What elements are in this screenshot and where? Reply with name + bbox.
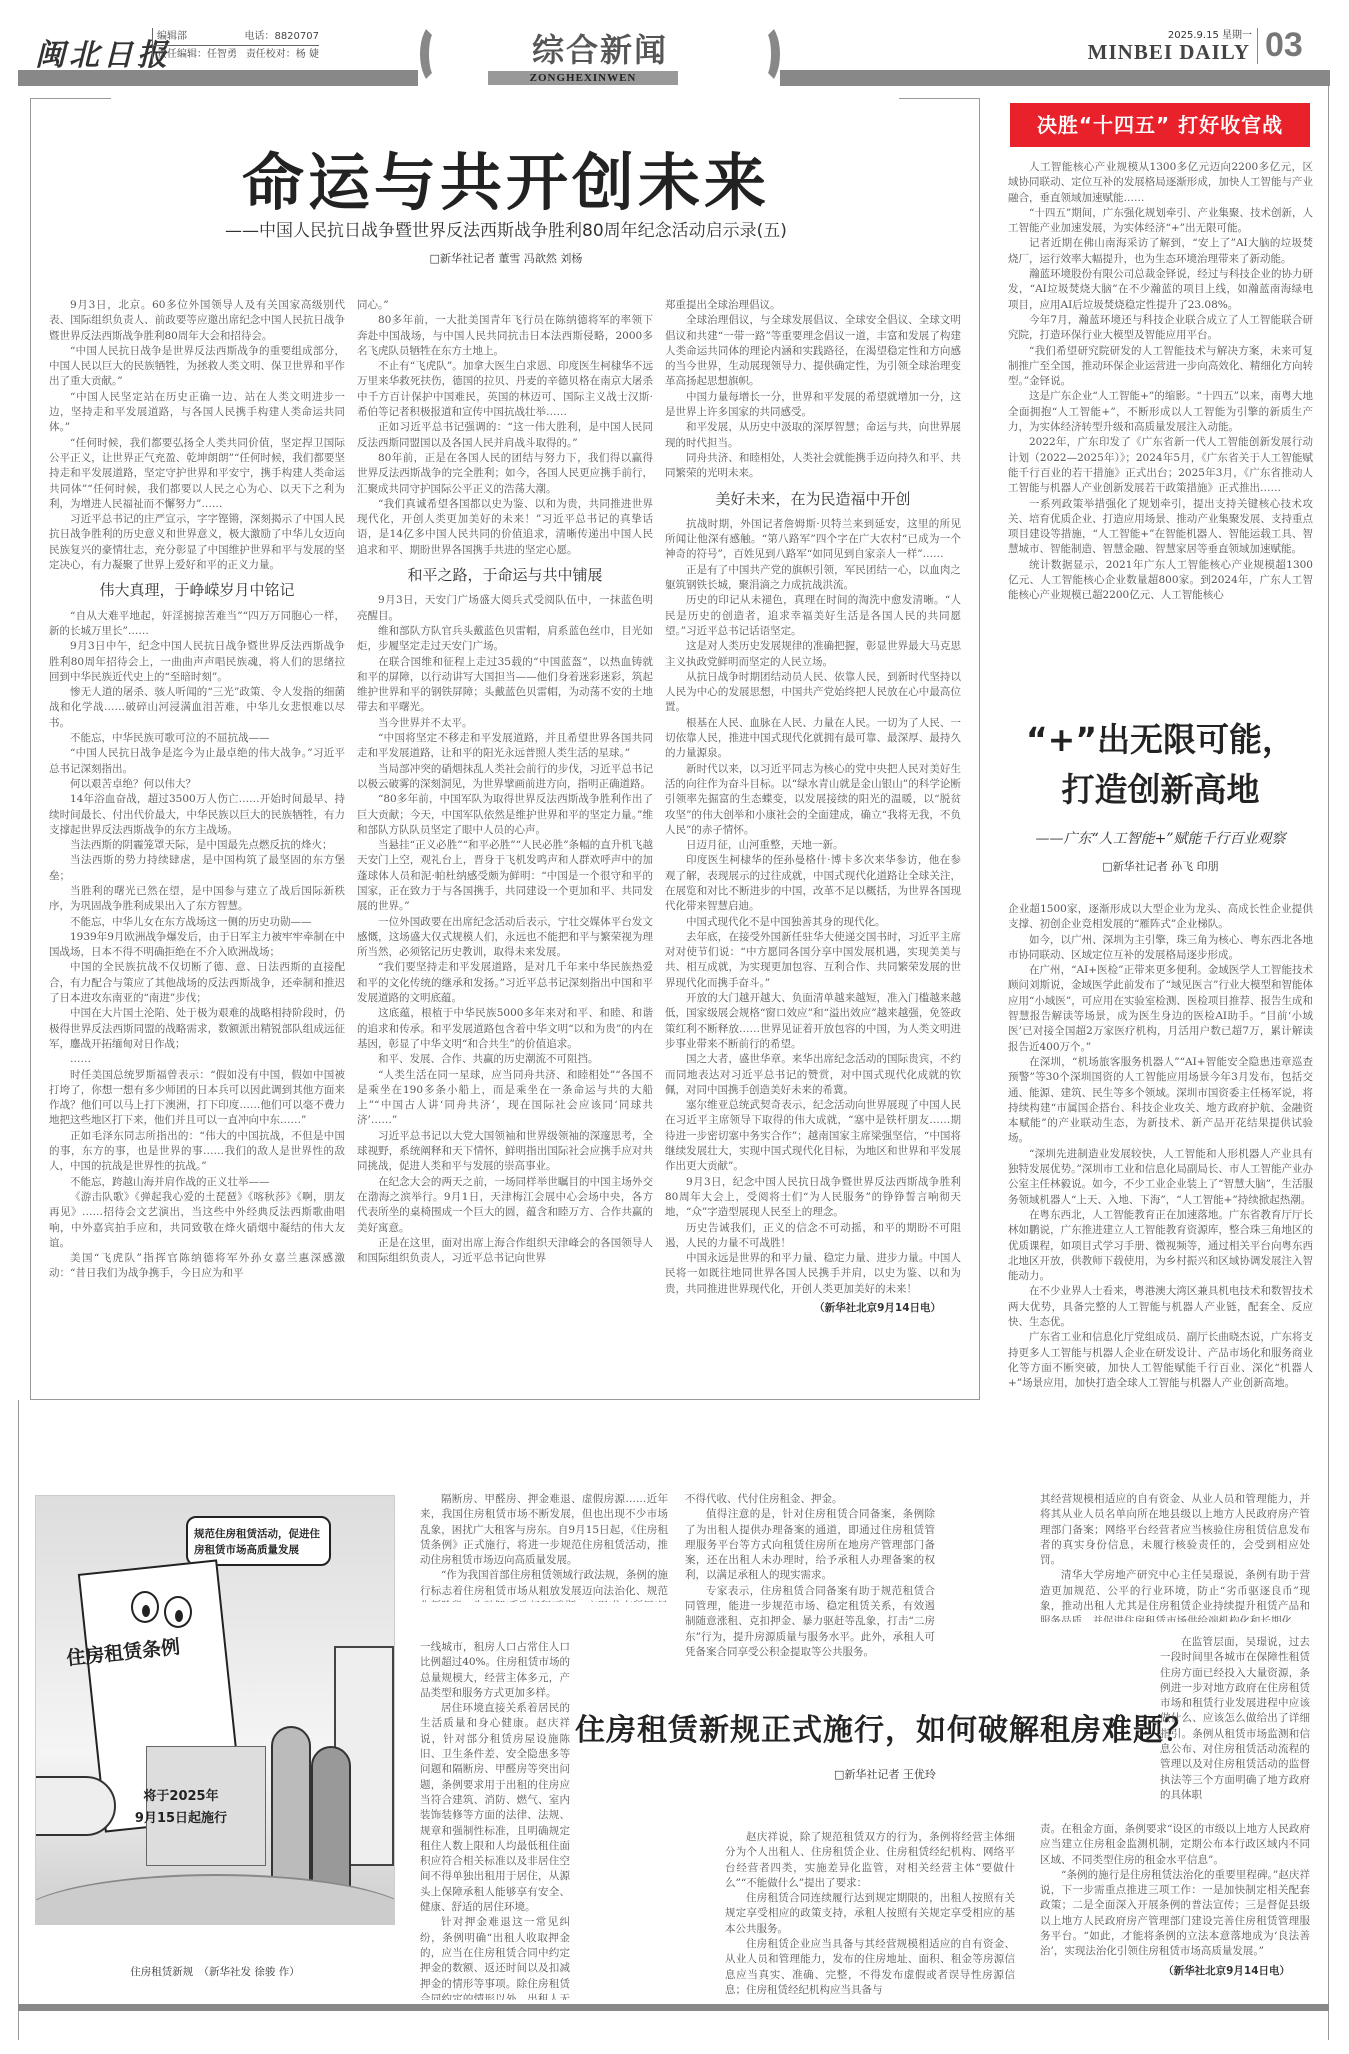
bottom-article-byline: □新华社记者 王优玲 <box>575 1766 1195 1782</box>
title-line: “+”出无限可能， <box>1008 715 1313 765</box>
paragraph: 开放的大门越开越大、负面清单越来越短，准入门槛越来越低，国家级展会规格“窗口效应… <box>665 991 961 1052</box>
paragraph: 隔断房、甲醛房、押金难退、虚假房源……近年来，我国住房租赁市场不断发展，但也出现… <box>420 1492 668 1568</box>
header-rule-left <box>18 70 418 86</box>
paragraph: 一线城市，租房人口占常住人口比例超过40%。住房租赁市场的总量规模大，经营主体多… <box>420 1640 570 1701</box>
paragraph: 广东省工业和信息化厅党组成员、副厅长曲晓杰说，广东将支持更多人工智能与机器人企业… <box>1008 1330 1313 1391</box>
paragraph: 中国永远是世界的和平力量、稳定力量、进步力量。中国人民将一如既往地同世界各国人民… <box>665 1251 961 1297</box>
newspaper-logo: 闽北日报 <box>35 30 171 74</box>
paragraph: “人类生活在同一星球，应当同舟共济、和睦相处”“各国不是乘坐在190多条小船上，… <box>357 1068 653 1129</box>
cartoon-caption: 住房租赁新规 （新华社发 徐骏 作） <box>35 1964 395 1979</box>
paragraph: “中国人民抗日战争是迄今为止最卓绝的伟大战争。”习近平总书记深刻指出。 <box>49 746 345 777</box>
phone-number: 电话：8820707 <box>244 28 319 45</box>
paragraph: 人工智能核心产业规模从1300多亿元迈向2200多亿元，区域协同联动、定位互补的… <box>1008 160 1313 206</box>
paragraph: 责。在租金方面，条例要求“设区的市级以上地方人民政府应当建立住房租金监测机制，定… <box>1040 1822 1310 1868</box>
editorial-info: 编辑部 电话：8820707 责任编辑：任智勇 责任校对：杨 婕 <box>152 28 318 64</box>
paragraph: 其经营规模相适应的自有资金、从业人员和管理能力，并将其从业人员名单向所在地县级以… <box>1040 1492 1310 1568</box>
paragraph: “作为我国首部住房租赁领域行政法规，条例的施行标志着住房租赁市场从粗放发展迈向法… <box>420 1568 668 1602</box>
article-dateline: （新华社北京9月14日电） <box>665 1301 961 1316</box>
right-article-bottom: 企业超1500家，逐渐形成以大型企业为龙头、高成长性企业提供支撑、初创企业竞相发… <box>1008 902 1313 1397</box>
book-date-line: 9月15日起施行 <box>126 1808 236 1830</box>
paragraph: 中国式现代化不是中国独善其身的现代化。 <box>665 915 961 930</box>
bottom-column-1-narrow: 一线城市，租房人口占常住人口比例超过40%。住房租赁市场的总量规模大，经营主体多… <box>420 1640 570 2000</box>
paragraph: 专家表示，住房租赁合同备案有助于规范租赁合同管理，能进一步规范市场、稳定租赁关系… <box>685 1584 935 1660</box>
bottom-column-2-lower: 赵庆祥说，除了规范租赁双方的行为，条例将经营主体细分为个人出租人、住房租赁企业、… <box>725 1830 1015 2000</box>
paragraph: 值得注意的是，针对住房租赁合同备案，条例除了为出租人提供办理备案的通道，即通过住… <box>685 1507 935 1583</box>
paragraph: 历史告诫我们，正义的信念不可动摇，和平的期盼不可阻遏，人民的力量不可战胜！ <box>665 1221 961 1252</box>
paragraph: 塞尔维亚总统武契奇表示，纪念活动向世界展现了中国人民在习近平主席领导下取得的伟大… <box>665 1098 961 1174</box>
paragraph: 不止有“飞虎队”。加拿大医生白求恩、印度医生柯棣华不远万里来华救死扶伤，德国的拉… <box>357 359 653 420</box>
paragraph: 如今，以广州、深圳为主引擎，珠三角为核心、粤东西北各地市协同联动、区域定位互补的… <box>1008 933 1313 964</box>
paragraph: 去年底，在接受外国新任驻华大使递交国书时，习近平主席对对使节们说：“中方愿同各国… <box>665 930 961 991</box>
article-dateline: （新华社广州9月14日电） <box>1008 1396 1313 1398</box>
paragraph: 从抗日战争时期团结动员人民、依靠人民，到新时代坚持以人民为中心的发展思想，中国共… <box>665 670 961 716</box>
paragraph: …… <box>49 1052 345 1067</box>
proofreader: 责任校对：杨 婕 <box>246 46 319 64</box>
paragraph: “中国将坚定不移走和平发展道路，并且希望世界各国共同走和平发展道路，让和平的阳光… <box>357 731 653 762</box>
paragraph: 居住环境直接关系着居民的生活质量和身心健康。赵庆祥说，针对部分租赁房屋设施陈旧、… <box>420 1701 570 1915</box>
paragraph: 清华大学房地产研究中心主任吴璟说，条例有助于营造更加规范、公平的行业环境，防止“… <box>1040 1568 1310 1622</box>
paragraph: 中国在大片国土沦陷、处于极为艰难的战略相持阶段时，仍极得世界反法西斯同盟的战略需… <box>49 1006 345 1052</box>
hand-icon <box>35 1776 116 1836</box>
bottom-column-3-lower: 责。在租金方面，条例要求“设区的市级以上地方人民政府应当建立住房租金监测机制，定… <box>1040 1822 1310 2002</box>
right-article-top: 人工智能核心产业规模从1300多亿元迈向2200多亿元，区域协同联动、定位互补的… <box>1008 160 1313 708</box>
cartoon-illustration: 规范住房租赁活动，促进住房租赁市场高质量发展 住房租赁条例 将于2025年 9月… <box>35 1495 395 1925</box>
paragraph: “我们真诚希望各国都以史为鉴、以和为贵，共同推进世界现代化，开创人类更加美好的未… <box>357 497 653 558</box>
paragraph: 正是有了中国共产党的旗帜引领，军民团结一心，以血肉之躯筑钢铁长城，聚涓滴之力成抗… <box>665 563 961 594</box>
bracket-right-icon <box>750 23 780 85</box>
paragraph: 《游击队歌》《弹起我心爱的土琵琶》《喀秋莎》《啊，朋友再见》……招待会文艺演出，… <box>49 1190 345 1251</box>
main-article-subtitle: ——中国人民抗日战争暨世界反法西斯战争胜利80周年纪念活动启示录(五) <box>31 216 981 241</box>
paragraph: 惨无人道的屠杀、骇人听闻的“三光”政策、令人发指的细菌战和化学战……破碎山河浸满… <box>49 685 345 731</box>
paragraph: 历史的印记从未褪色，真理在时间的淘洗中愈发清晰。“人民是历史的创造者，追求幸福美… <box>665 593 961 639</box>
paragraph: 9月3日，北京。60多位外国领导人及有关国家高级别代表、国际组织负责人、前政要等… <box>49 298 345 344</box>
divider <box>1257 28 1258 64</box>
paragraph: 印度医生柯棣华的侄孙曼格什·博卡多次来华参访，他在参观了解，表现展示的过往成就，… <box>665 853 961 914</box>
paragraph: 赵庆祥说，除了规范租赁双方的行为，条例将经营主体细分为个人出租人、住房租赁企业、… <box>725 1830 1015 1891</box>
paragraph: 同心。” <box>357 298 653 313</box>
right-border <box>1328 86 1329 1406</box>
paragraph: 住房租赁企业应当具备与其经营规模相适应的自有资金、从业人员和管理能力，发布的住房… <box>725 1937 1015 1998</box>
paragraph: “中国人民坚定站在历史正确一边、站在人类文明进步一边，坚持走和平发展道路，与各国… <box>49 390 345 436</box>
paragraph: 2022年，广东印发了《广东省新一代人工智能创新发展行动计划（2022—2025… <box>1008 435 1313 496</box>
paragraph: 住房租赁合同连续履行达到规定期限的，出租人按照有关规定享受相应的政策支持，承租人… <box>725 1891 1015 1937</box>
section-header: 综合新闻 ZONGHEXINWEN <box>420 23 780 85</box>
bottom-column-3: 其经营规模相适应的自有资金、从业人员和管理能力，并将其从业人员名单向所在地县级以… <box>1040 1492 1310 1622</box>
responsible-editor: 责任编辑：任智勇 <box>157 46 237 64</box>
paragraph: 维和部队方队官兵头戴蓝色贝雷帽，肩系蓝色丝巾，目光如炬，步履坚定走过天安门广场。 <box>357 624 653 655</box>
paragraph: 不能忘，中华民族可歌可泣的不屈抗战—— <box>49 731 345 746</box>
bottom-column-1-top: 隔断房、甲醛房、押金难退、虚假房源……近年来，我国住房租赁市场不断发展，但也出现… <box>420 1492 668 1602</box>
paragraph: 和平发展，从历史中汲取的深厚智慧；命运与共，向世界展现的时代担当。 <box>665 420 961 451</box>
speech-bubble: 规范住房租赁活动，促进住房租赁市场高质量发展 <box>186 1516 331 1566</box>
paragraph: “深圳先进制造业发展较快，人工智能和人形机器人产业具有独特发展优势。”深圳市工业… <box>1008 1147 1313 1208</box>
paragraph: 当悬挂“正义必胜”“和平必胜”“人民必胜”条幅的直升机飞越天安门上空，观礼台上，… <box>357 838 653 914</box>
header-rule-right <box>780 70 1330 86</box>
paragraph: 美国“飞虎队”指挥官陈纳德将军外孙女嘉兰惠深感激动：“昔日我们为战争携手，今日应… <box>49 1251 345 1282</box>
page-number: 03 <box>1265 26 1303 65</box>
paragraph: 今年7月，瀚蓝环境还与科技企业联合成立了人工智能联合研究院，打造环保行业大模型及… <box>1008 313 1313 344</box>
paragraph: 80多年前，一大批美国青年飞行员在陈纳德将军的率领下奔赴中国战场，与中国人民共同… <box>357 313 653 359</box>
paragraph: 当法西斯的势力持续肆虐，是中国构筑了最坚固的东方堡垒； <box>49 853 345 884</box>
paragraph: 这是广东企业“人工智能+”的缩影。“十四五”以来，南粤大地全面拥抱“人工智能+”… <box>1008 389 1313 435</box>
paragraph: 在监管层面，吴璟说，过去一段时间里各城市在保障性租赁住房方面已经投入大量资源，条… <box>1160 1635 1310 1803</box>
bottom-article-title: 住房租赁新规正式施行，如何破解租房难题？ <box>575 1705 1195 1749</box>
paragraph: 当胜利的曙光已然在望，是中国参与建立了战后国际新秩序，为巩固战争胜利成果出入了东… <box>49 884 345 915</box>
paragraph: 国之大者，盛世华章。来华出席纪念活动的国际贵宾，不约而同地表达对习近平总书记的赞… <box>665 1052 961 1098</box>
main-article: 命运与共开创未来 ——中国人民抗日战争暨世界反法西斯战争胜利80周年纪念活动启示… <box>30 98 980 1400</box>
article-column-2: 同心。” 80多年前，一大批美国青年飞行员在陈纳德将军的率领下奔赴中国战场，与中… <box>357 298 653 1393</box>
paragraph: 当局部冲突的硝烟抹乱人类社会前行的步伐，习近平总书记以极云破雾的深刻洞见，为世界… <box>357 762 653 793</box>
right-article-byline: □新华社记者 孙飞 印朋 <box>1008 858 1313 874</box>
paragraph: 这底蕴，根植于中华民族5000多年来对和平、和睦、和谐的追求和传承。和平发展道路… <box>357 1006 653 1052</box>
paragraph: 9月3日中午，纪念中国人民抗日战争暨世界反法西斯战争胜利80周年招待会上，一曲曲… <box>49 639 345 685</box>
paragraph: 14年浴血奋战，超过3500万人伤亡……开始时间最早、持续时间最长、付出代价最大… <box>49 792 345 838</box>
paragraph: 新时代以来，以习近平同志为核心的党中央把人民对美好生活的向往作为奋斗目标。以“绿… <box>665 762 961 838</box>
paragraph: 时任美国总统罗斯福曾表示：“假如没有中国，假如中国被打垮了，你想一想有多少师团的… <box>49 1068 345 1129</box>
paragraph: “80多年前，中国军队为取得世界反法西斯战争胜利作出了巨大贡献；今天，中国军队依… <box>357 792 653 838</box>
paragraph: 当今世界并不太平。 <box>357 716 653 731</box>
paragraph: 这是对人类历史发展规律的准确把握，彰显世界最大马克思主义执政党鲜明而坚定的人民立… <box>665 639 961 670</box>
paragraph: 和平、发展、合作、共赢的历史潮流不可阻挡。 <box>357 1052 653 1067</box>
paragraph: 正如毛泽东同志所指出的：“伟大的中国抗战，不但是中国的事，东方的事，也是世界的事… <box>49 1129 345 1175</box>
paragraph: 在深圳，“机场旅客服务机器人”“AI+智能安全隐患违章巡查预警”等30个深圳国资… <box>1008 1055 1313 1147</box>
eye-icon <box>164 1596 192 1628</box>
paragraph: 中国的全民族抗战不仅切断了德、意、日法西斯的直接配合，有力配合与策应了其他战场的… <box>49 960 345 1006</box>
paragraph: 根基在人民、血脉在人民、力量在人民。一切为了人民、一切依靠人民，推进中国式现代化… <box>665 716 961 762</box>
paragraph: 记者近期在佛山南海采访了解到，“安上了”AI大脑的垃圾焚烧厂，运行效率大幅提升，… <box>1008 236 1313 267</box>
paragraph: 正如习近平总书记强调的：“这一伟大胜利，是中国人民同反法西斯同盟国以及各国人民并… <box>357 420 653 451</box>
section-heading: 和平之路，于命运与共中铺展 <box>357 568 653 583</box>
paragraph: 郑重提出全球治理倡议。 <box>665 298 961 313</box>
book-date: 将于2025年 9月15日起施行 <box>126 1786 236 1830</box>
section-heading: 伟大真理，于峥嵘岁月中铭记 <box>49 583 345 598</box>
eye-icon <box>131 1591 159 1623</box>
paragraph: 习近平总书记的庄严宣示，字字铿锵，深刻揭示了中国人民抗日战争胜利的历史意义和世界… <box>49 512 345 573</box>
paragraph: 全球治理倡议，与全球发展倡议、全球安全倡议、全球文明倡议和共建“一带一路”等重要… <box>665 313 961 389</box>
main-article-byline: □新华社记者 董雪 冯歆然 刘杨 <box>31 250 981 266</box>
book-date-line: 将于2025年 <box>126 1786 236 1808</box>
paragraph: “条例的施行是住房租赁法治化的重要里程碑。”赵庆祥说，下一步需重点推进三项工作：… <box>1040 1868 1310 1960</box>
paragraph: 不能忘，中华儿女在东方战场这一侧的历史功勋—— <box>49 915 345 930</box>
paragraph: 针对押金难退这一常见纠纷，条例明确“出租人收取押金的，应当在住房租赁合同中约定押… <box>420 1915 570 2000</box>
paragraph: “我们要坚持走和平发展道路，是对几千年来中华民族热爱和平的文化传统的继承和发扬。… <box>357 960 653 1006</box>
paragraph: 统计数据显示，2021年广东人工智能核心产业规模超1300亿元、人工智能核心企业… <box>1008 558 1313 604</box>
issue-date: 2025.9.15 星期一 <box>1020 26 1252 41</box>
bottom-column-2: 不得代收、代付住房租金、押金。 值得注意的是，针对住房租赁合同备案，条例除了为出… <box>685 1492 935 1692</box>
paper-name-english: MINBEI DAILY <box>960 40 1250 65</box>
paragraph: 不能忘，跨越山海并肩作战的正义壮举—— <box>49 1175 345 1190</box>
title-line: 打造创新高地 <box>1008 765 1313 815</box>
paragraph: 在粤东西北，人工智能教育正在加速落地。广东省教育厅厅长林如鹏说，广东推进建立人工… <box>1008 1208 1313 1284</box>
paragraph: 1939年9月欧洲战争爆发后，由于日军主力被牢牢牵制在中国战场，日本不得不明确拒… <box>49 930 345 961</box>
paragraph: 日迈月征，山河重整，天地一新。 <box>665 838 961 853</box>
paragraph: 企业超1500家，逐渐形成以大型企业为龙头、高成长性企业提供支撑、初创企业竞相发… <box>1008 902 1313 933</box>
paragraph: 不得代收、代付住房租金、押金。 <box>685 1492 935 1507</box>
paragraph: “我们希望研究院研发的人工智能技术与解决方案，未来可复制推广至全国，推动环保企业… <box>1008 344 1313 390</box>
paragraph: 一位外国政要在出席纪念活动后表示，宁壮交媒体平台发文感慨，这场盛大仅式规模人们，… <box>357 915 653 961</box>
column-banner: 决胜“十四五” 打好收官战 <box>1010 103 1310 147</box>
paragraph: “自从大难平地起，奸淫掳掠苦难当”“四万万同胞心一样，新的长城万里长”…… <box>49 609 345 640</box>
paragraph: 在广州，“AI+医检”正带来更多便利。金域医学人工智能技术顾问刘斯说，金域医学此… <box>1008 963 1313 1055</box>
paragraph: 习近平总书记以大党大国领袖和世界级领袖的深邃思考，全球视野，系统阐释和天下情怀，… <box>357 1129 653 1175</box>
paragraph: 9月3日，天安门广场盛大阅兵式受阅队伍中，一抹蓝色明亮醒目。 <box>357 593 653 624</box>
paragraph: “任何时候，我们都要弘扬全人类共同价值，坚定捍卫国际公平正义，让世界正气充盈、乾… <box>49 436 345 512</box>
paragraph: 一系列政策举措强化了规划牵引，提出支持关键核心技术攻关、培育优质企业、打造应用场… <box>1008 497 1313 558</box>
bottom-column-3-narrow: 在监管层面，吴璟说，过去一段时间里各城市在保障性租赁住房方面已经投入大量资源，条… <box>1160 1635 1310 1823</box>
paragraph: “十四五”期间，广东强化规划牵引、产业集聚、技术创新，人工智能产业加速发展，为实… <box>1008 206 1313 237</box>
article-dateline: （新华社北京9月14日电） <box>1040 1964 1310 1979</box>
paragraph: 同舟共济、和睦相处，人类社会就能携手迈向持久和平、共同繁荣的光明未来。 <box>665 451 961 482</box>
section-heading: 美好未来，在为民造福中开创 <box>665 492 961 507</box>
article-column-3: 郑重提出全球治理倡议。 全球治理倡议，与全球发展倡议、全球安全倡议、全球文明倡议… <box>665 298 961 1393</box>
paragraph: 在联合国维和征程上走过35载的“中国蓝盔”，以热血铸就和平的屏障，以行动讲写大国… <box>357 655 653 716</box>
department-label: 编辑部 <box>157 28 187 45</box>
article-column-1: 9月3日，北京。60多位外国领导人及有关国家高级别代表、国际组织负责人、前政要等… <box>49 298 345 1393</box>
paragraph: 正是在这里，面对出席上海合作组织天津峰会的各国领导人和国际组织负责人，习近平总书… <box>357 1236 653 1267</box>
paragraph: 在纪念大会的两天之前，一场同样举世瞩目的中国主场外交在渤海之滨举行。9月1日，天… <box>357 1175 653 1236</box>
right-article-subtitle: ——广东“人工智能+”赋能千行百业观察 <box>1008 828 1313 848</box>
paragraph: 中国力量每增长一分，世界和平发展的希望就增加一分，这是世界上许多国家的共同感受。 <box>665 390 961 421</box>
paragraph: 80年前，正是在各国人民的团结与努力下，我们得以赢得世界反法西斯战争的完全胜利；… <box>357 451 653 497</box>
footer-rule <box>18 2004 1329 2011</box>
masthead: 闽北日报 编辑部 电话：8820707 责任编辑：任智勇 责任校对：杨 婕 综合… <box>0 0 1349 85</box>
paragraph: 抗战时期，外国记者詹姆斯·贝特兰来到延安，这里的所见所闻让他深有感触。“第八路军… <box>665 517 961 563</box>
main-article-title: 命运与共开创未来 <box>31 133 981 222</box>
right-article-title: “+”出无限可能， 打造创新高地 <box>1008 715 1313 815</box>
paragraph: 何以艰苦卓绝？何以伟大？ <box>49 777 345 792</box>
paragraph: 当法西斯的阴霾笼罩天际，是中国最先点燃反抗的烽火； <box>49 838 345 853</box>
bracket-left-icon <box>420 23 450 85</box>
section-pinyin: ZONGHEXINWEN <box>488 71 678 85</box>
section-title: 综合新闻 <box>450 25 750 71</box>
paragraph: 9月3日，纪念中国人民抗日战争暨世界反法西斯战争胜利80周年大会上，受阅将士们“… <box>665 1175 961 1221</box>
paragraph: 在不少业界人士看来，粤港澳大湾区兼具机电技术和数智技术两大优势，具备完整的人工智… <box>1008 1284 1313 1330</box>
paragraph: “中国人民抗日战争是世界反法西斯战争的重要组成部分，中国人民以巨大的民族牺牲，为… <box>49 344 345 390</box>
paragraph: 瀚蓝环境股份有限公司总裁金铎说，经过与科技企业的协力研发，“AI垃圾焚烧大脑”在… <box>1008 267 1313 313</box>
